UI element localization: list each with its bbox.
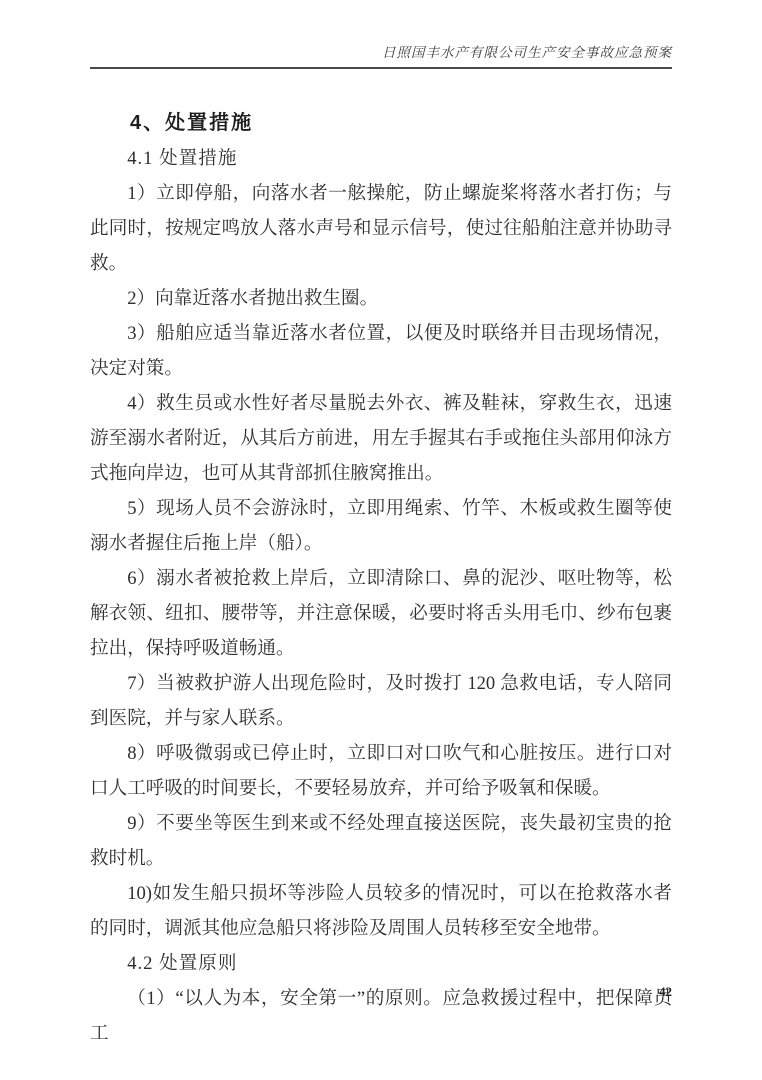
list-item-3: 3）船舶应适当靠近落水者位置，以便及时联络并目击现场情况，决定对策。	[90, 316, 672, 386]
section-heading: 4、处置措施	[90, 105, 672, 141]
list-item-9: 9）不要坐等医生到来或不经处理直接送医院，丧失最初宝贵的抢救时机。	[90, 806, 672, 876]
list-item-8: 8）呼吸微弱或已停止时，立即口对口吹气和心脏按压。进行口对口人工呼吸的时间要长，…	[90, 736, 672, 806]
subsection-heading-4-1: 4.1 处置措施	[90, 141, 672, 176]
page-header: 日照国丰水产有限公司生产安全事故应急预案	[90, 0, 672, 69]
principle-paragraph-1: （1）“以人为本，安全第一”的原则。应急救援过程中，把保障员工	[90, 981, 672, 1051]
list-item-10: 10)如发生船只损坏等涉险人员较多的情况时，可以在抢救落水者的同时，调派其他应急…	[90, 876, 672, 946]
document-page: 日照国丰水产有限公司生产安全事故应急预案 4、处置措施 4.1 处置措施 1）立…	[0, 0, 762, 1080]
list-item-6: 6）溺水者被抢救上岸后，立即清除口、鼻的泥沙、呕吐物等，松解衣领、纽扣、腰带等，…	[90, 561, 672, 666]
document-body: 4、处置措施 4.1 处置措施 1）立即停船，向落水者一舷操舵，防止螺旋桨将落水…	[90, 105, 672, 1051]
subsection-heading-4-2: 4.2 处置原则	[90, 946, 672, 981]
list-item-5: 5）现场人员不会游泳时，立即用绳索、竹竿、木板或救生圈等使溺水者握住后拖上岸（船…	[90, 491, 672, 561]
list-item-4: 4）救生员或水性好者尽量脱去外衣、裤及鞋袜，穿救生衣，迅速游至溺水者附近，从其后…	[90, 386, 672, 491]
list-item-1: 1）立即停船，向落水者一舷操舵，防止螺旋桨将落水者打伤；与此同时，按规定鸣放人落…	[90, 176, 672, 281]
header-title: 日照国丰水产有限公司生产安全事故应急预案	[90, 44, 672, 61]
page-number: 42	[659, 984, 672, 1000]
list-item-7: 7）当被救护游人出现危险时，及时拨打 120 急救电话，专人陪同到医院，并与家人…	[90, 666, 672, 736]
list-item-2: 2）向靠近落水者抛出救生圈。	[90, 281, 672, 316]
